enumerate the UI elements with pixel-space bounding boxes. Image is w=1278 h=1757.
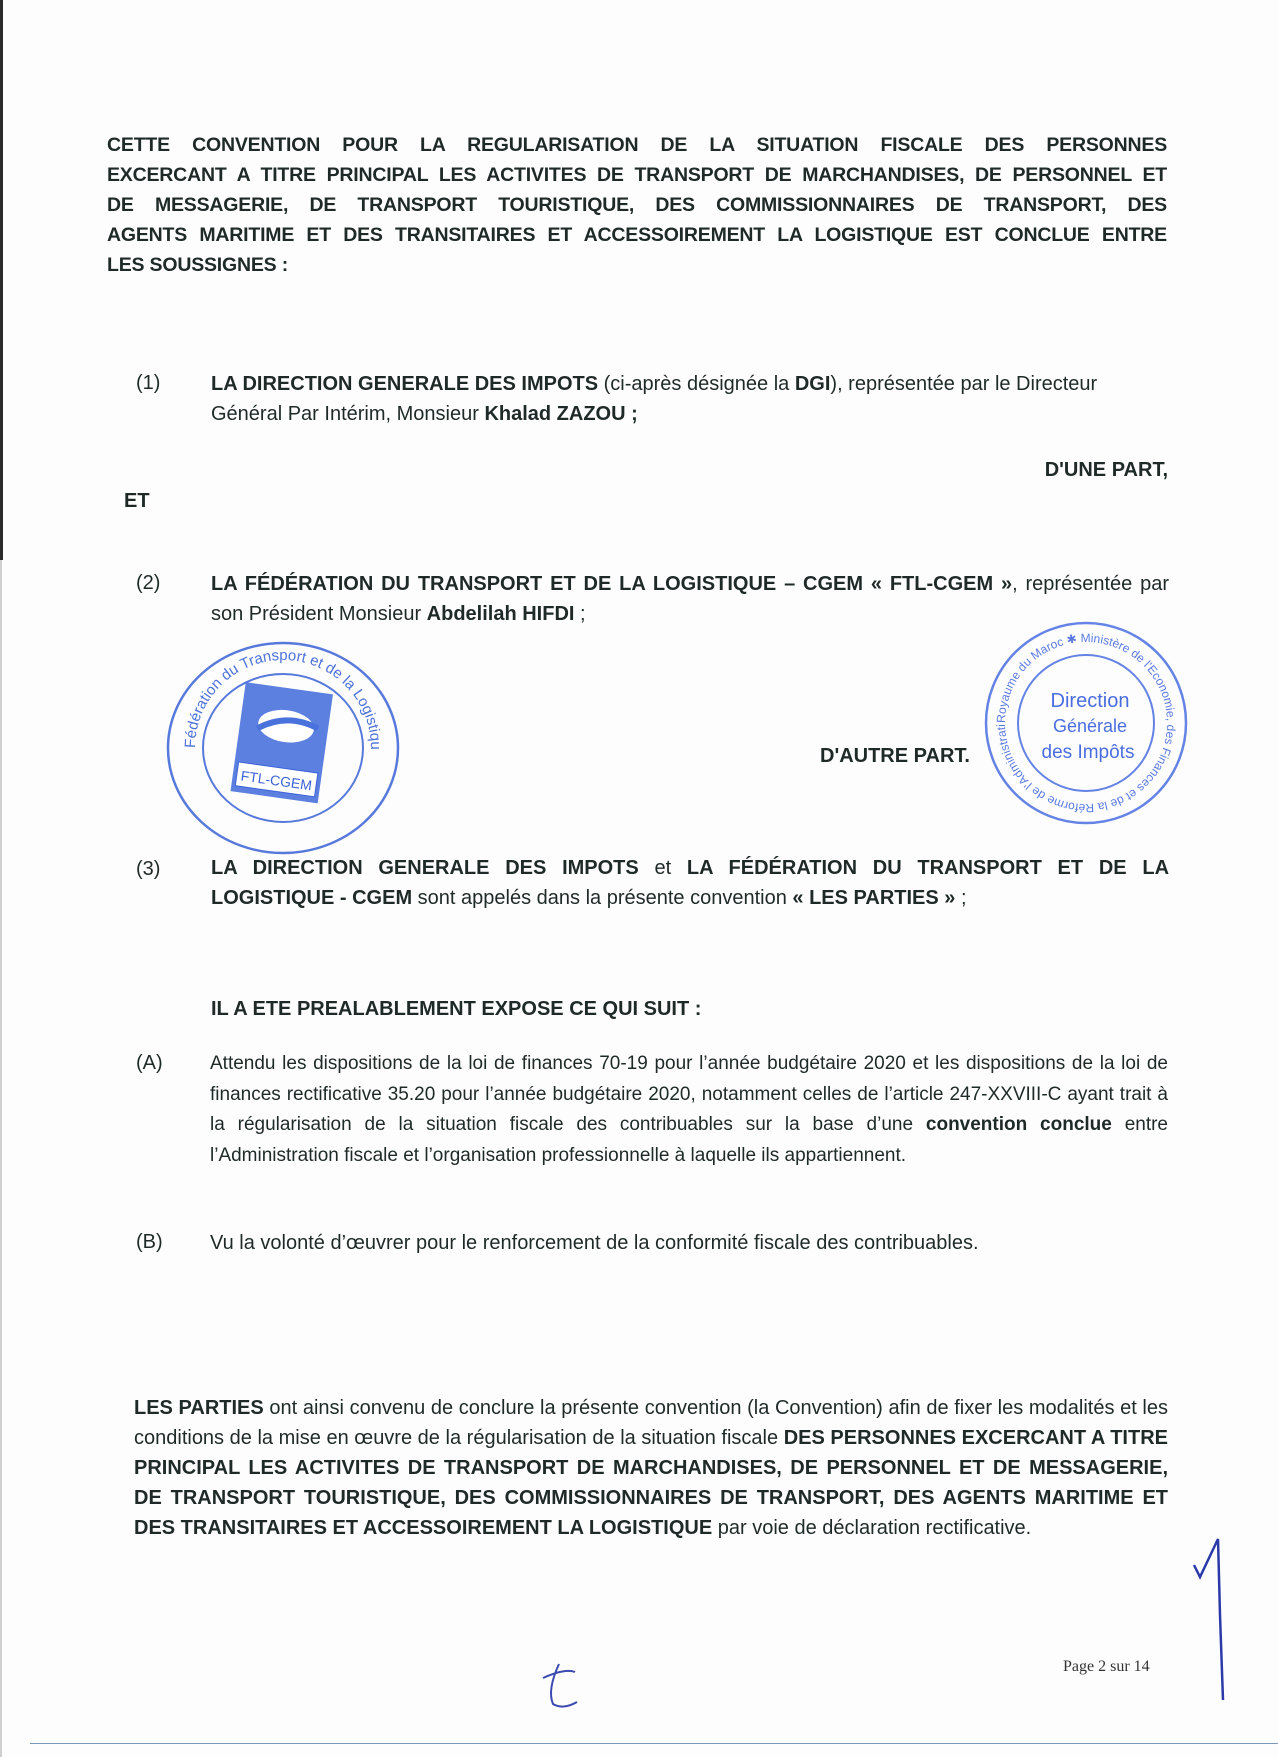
party2-representative: Abdelilah HIFDI <box>427 603 575 625</box>
itemB-text: Vu la volonté d’œuvrer pour le renforcem… <box>210 1228 1168 1258</box>
party3-text: LA DIRECTION GENERALE DES IMPOTS et LA F… <box>211 853 1169 913</box>
itemA-number: (A) <box>136 1052 163 1075</box>
svg-text:des Impôts: des Impôts <box>1042 742 1135 763</box>
scan-edge <box>0 560 2 1757</box>
page-number: Page 2 sur 14 <box>1063 1658 1150 1676</box>
ftl-cgem-stamp: Fédération du Transport et de la Logisti… <box>155 628 407 858</box>
itemA-text: Attendu les dispositions de la loi de fi… <box>210 1049 1168 1171</box>
party1-name: LA DIRECTION GENERALE DES IMPOTS <box>211 373 598 395</box>
title-line: EXCERCANT A TITRE PRINCIPAL LES ACTIVITE… <box>107 160 1167 190</box>
footer-rule <box>30 1743 1278 1744</box>
dgi-stamp: Royaume du Maroc ✱ Ministère de l'Econom… <box>975 612 1197 834</box>
handwritten-initial <box>535 1660 585 1715</box>
title-line: LES SOUSSIGNES : <box>107 250 1167 280</box>
closing-paragraph: LES PARTIES ont ainsi convenu de conclur… <box>134 1393 1168 1543</box>
et-connector: ET <box>124 486 150 516</box>
svg-text:Générale: Générale <box>1053 716 1127 736</box>
section-heading: IL A ETE PREALABLEMENT EXPOSE CE QUI SUI… <box>211 994 701 1024</box>
title-line: AGENTS MARITIME ET DES TRANSITAIRES ET A… <box>107 220 1167 250</box>
handwritten-initial-mark <box>1180 1535 1250 1705</box>
itemB-number: (B) <box>136 1231 163 1254</box>
document-title: CETTE CONVENTION POUR LA REGULARISATION … <box>107 130 1167 280</box>
party1-representative: Khalad ZAZOU ; <box>484 403 637 425</box>
party1-side: D'UNE PART, <box>800 455 1168 485</box>
party3-number: (3) <box>136 858 160 881</box>
svg-text:Royaume du Maroc ✱ Ministère d: Royaume du Maroc ✱ Ministère de l'Econom… <box>975 612 1178 815</box>
stamp-ring-text: Royaume du Maroc ✱ Ministère de l'Econom… <box>975 612 1178 815</box>
party2-side: D'AUTRE PART. <box>820 741 970 771</box>
party2-number: (2) <box>136 572 160 595</box>
title-line: DE MESSAGERIE, DE TRANSPORT TOURISTIQUE,… <box>107 190 1167 220</box>
title-line: CETTE CONVENTION POUR LA REGULARISATION … <box>107 130 1167 160</box>
svg-text:Direction: Direction <box>1051 690 1130 712</box>
party2-name: LA FÉDÉRATION DU TRANSPORT ET DE LA LOGI… <box>211 573 1012 595</box>
scan-edge <box>0 0 3 560</box>
party1-text: LA DIRECTION GENERALE DES IMPOTS (ci-apr… <box>211 369 1171 429</box>
party1-number: (1) <box>136 372 160 395</box>
